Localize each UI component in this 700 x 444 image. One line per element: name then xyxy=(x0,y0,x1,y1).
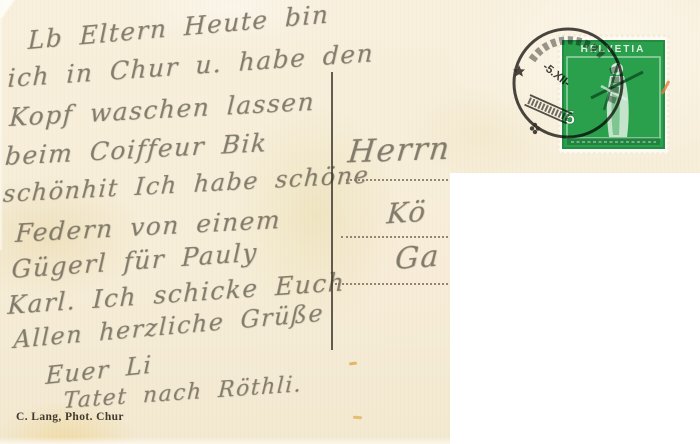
address-line2-partial: Kö xyxy=(386,194,428,230)
postmark-town-arc-illegible xyxy=(532,40,604,60)
address-dotted-line xyxy=(335,283,452,285)
privacy-overlay-rectangle xyxy=(450,173,700,444)
message-line: Kopf waschen lassen xyxy=(8,87,315,132)
address-dotted-line xyxy=(346,179,452,181)
paper-speck xyxy=(349,361,357,365)
postmark-banner-illegible xyxy=(525,95,572,124)
address-line3-partial: Ga xyxy=(394,238,441,277)
publisher-imprint: C. Lang, Phot. Chur xyxy=(16,411,124,423)
scan-edge-bottom xyxy=(0,437,452,444)
address-title: Herrn xyxy=(346,130,452,170)
paper-speck xyxy=(353,416,362,420)
address-divider-line xyxy=(331,72,333,350)
postmark-smudge-arc xyxy=(610,67,615,104)
scan-edge-left xyxy=(0,0,3,250)
scan-edge-top-left xyxy=(0,0,28,18)
message-line: beim Coiffeur Bik xyxy=(4,128,269,171)
postcard-back: Lb Eltern Heute bin ich in Chur u. habe … xyxy=(0,0,700,444)
postmark-cancel: -5.XII- xyxy=(506,24,630,150)
postmark-date: -5.XII- xyxy=(540,61,572,90)
